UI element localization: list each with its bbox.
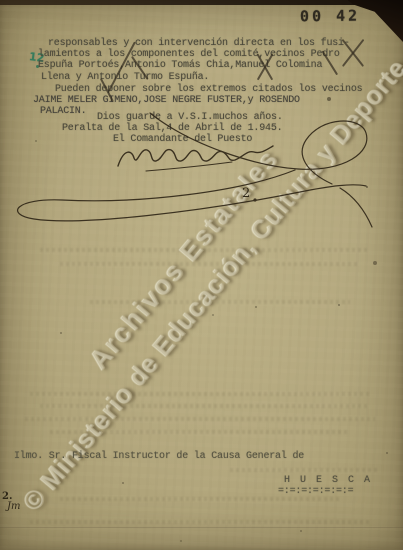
body-line: Espuña Portoés,Antonio Tomás Chia,Manuel… (38, 60, 322, 71)
bleed-through-row (30, 520, 370, 524)
body-line: Llena y Antonio Turmo Espuña. (41, 72, 209, 83)
bleed-through-row (60, 262, 360, 266)
body-line: Pueden deponer sobre los extremos citado… (55, 84, 362, 95)
paper-specks (0, 0, 2, 2)
footer-city-underline: =:=:=:=:=:=:= (278, 486, 353, 497)
paper-crease (0, 527, 403, 528)
footer-city: H U E S C A (284, 475, 372, 486)
corner-initials: Jm (7, 501, 21, 512)
bleed-through-row (30, 392, 370, 396)
handwritten-number: 2 (242, 186, 250, 201)
footer-addressee: Ilmo. Sr. Fiscal Instructor de la Causa … (14, 451, 304, 462)
page-number-stamp: 00 42 (300, 8, 360, 25)
signature (0, 100, 403, 250)
bleed-through-row (40, 404, 370, 408)
scan-edge-top (0, 0, 403, 5)
bleed-through-row (230, 468, 380, 472)
body-line: responsables y con intervención directa … (48, 38, 350, 49)
scanned-document-page: Archivos Estatales © Ministerio de Educa… (0, 0, 403, 550)
bleed-through-row (60, 497, 340, 501)
bleed-through-row (50, 430, 350, 434)
bleed-through-row (25, 417, 375, 421)
bleed-through-row (90, 300, 350, 304)
body-line: lamientos a los componentes del comité,v… (38, 49, 340, 60)
